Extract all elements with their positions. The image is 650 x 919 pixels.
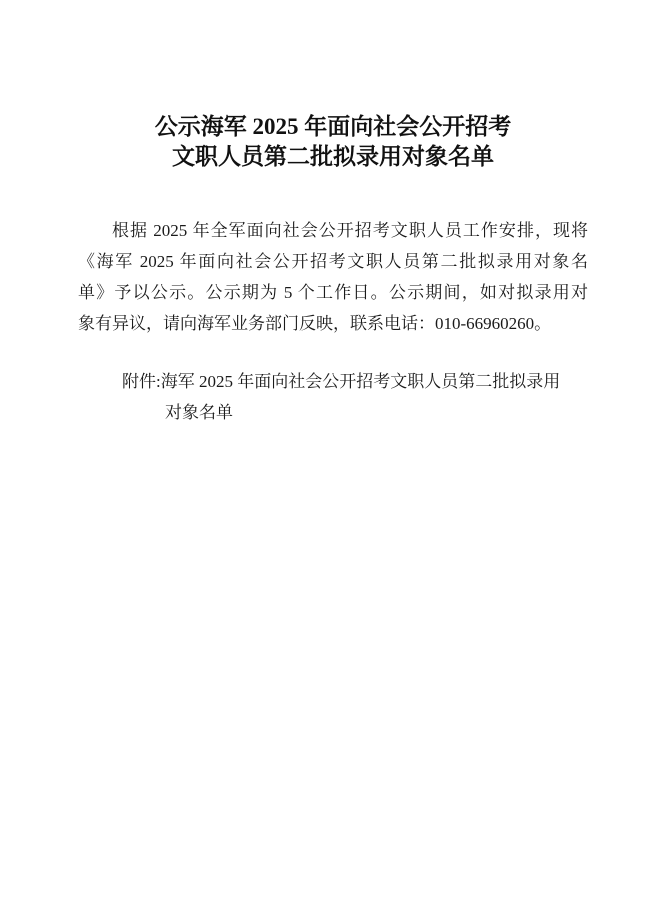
- document-content: 公示海军 2025 年面向社会公开招考 文职人员第二批拟录用对象名单 根据 20…: [0, 0, 650, 428]
- document-title-line-1: 公示海军 2025 年面向社会公开招考: [78, 112, 588, 142]
- attachment-line-1: 附件:海军 2025 年面向社会公开招考文职人员第二批拟录用: [122, 366, 588, 397]
- body-paragraph-line-2: 《海军 2025 年面向社会公开招考文职人员第二批拟录用对象名: [78, 246, 588, 277]
- body-paragraph: 根据 2025 年全军面向社会公开招考文职人员工作安排，现将 《海军 2025 …: [78, 215, 588, 339]
- attachment-note: 附件:海军 2025 年面向社会公开招考文职人员第二批拟录用 对象名单: [78, 366, 588, 428]
- document-page: 公示海军 2025 年面向社会公开招考 文职人员第二批拟录用对象名单 根据 20…: [0, 0, 650, 919]
- body-paragraph-line-1: 根据 2025 年全军面向社会公开招考文职人员工作安排，现将: [78, 215, 588, 246]
- body-paragraph-line-4: 象有异议，请向海军业务部门反映，联系电话：010-66960260。: [78, 308, 588, 339]
- document-title-line-2: 文职人员第二批拟录用对象名单: [78, 142, 588, 172]
- body-paragraph-line-3: 单》予以公示。公示期为 5 个工作日。公示期间，如对拟录用对: [78, 277, 588, 308]
- document-title: 公示海军 2025 年面向社会公开招考 文职人员第二批拟录用对象名单: [78, 112, 588, 172]
- attachment-line-2: 对象名单: [165, 397, 588, 428]
